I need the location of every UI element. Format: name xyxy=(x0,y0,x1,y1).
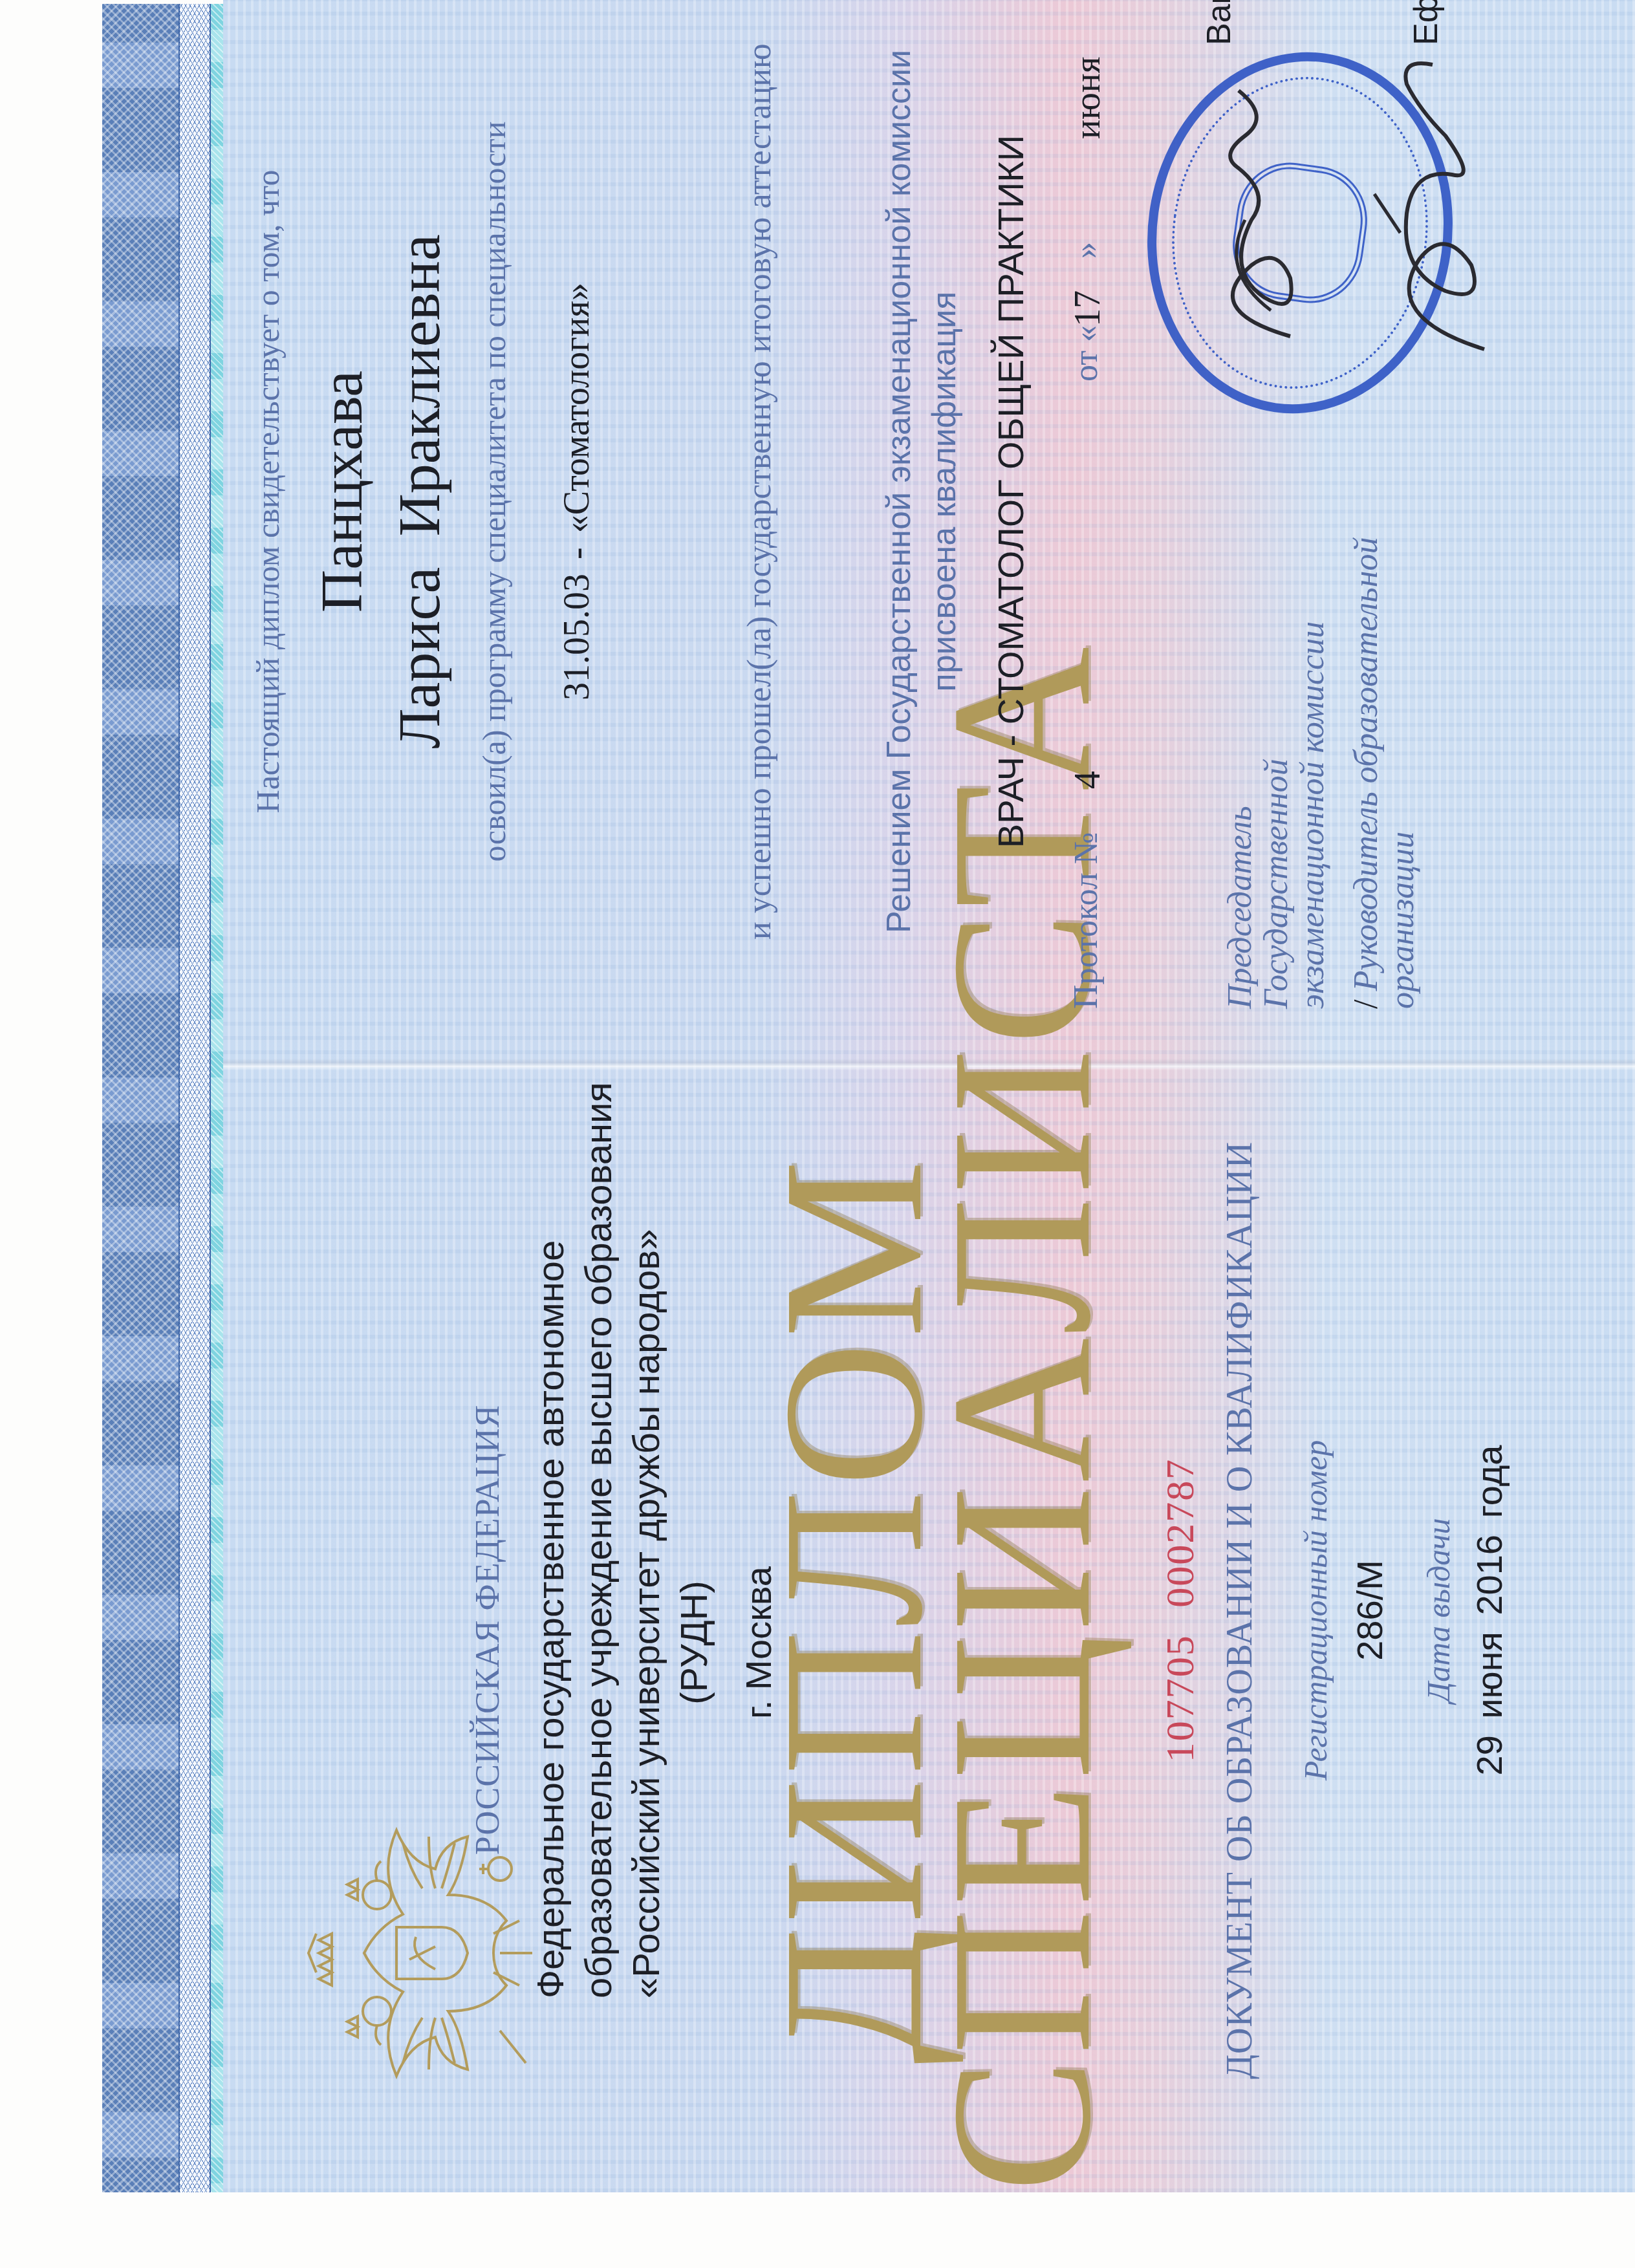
chair-title: Председатель Государственной экзаменацио… xyxy=(1222,621,1331,1009)
qualification-assigned-label: присвоена квалификация xyxy=(925,0,964,1061)
head-name: Ефремов А.П. xyxy=(1407,0,1446,45)
serial-digits: 0002787 xyxy=(1158,1458,1202,1608)
commission-decision: Решением Государственной экзаменационной… xyxy=(880,0,918,1061)
russian-coat-of-arms-icon xyxy=(306,1824,539,2082)
program-statement: освоил(а) программу специалитета по спец… xyxy=(475,0,513,1061)
serial-prefix: 107705 xyxy=(1158,1634,1202,1762)
content-page: Настоящий диплом свидетельствует о том, … xyxy=(223,0,1635,1061)
head-signature-icon xyxy=(1361,52,1504,362)
chair-name: Вагнер В.Д. xyxy=(1200,0,1239,45)
qualification: ВРАЧ - СТОМАТОЛОГ ОБЩЕЙ ПРАКТИКИ xyxy=(990,0,1032,1061)
border-band-dark xyxy=(102,4,179,2192)
chair-signature-icon xyxy=(1193,78,1323,349)
issue-date-label: Дата выдачи xyxy=(1420,1319,1457,1901)
chair-title-line: Председатель xyxy=(1222,621,1259,1009)
guilloche-border xyxy=(102,4,225,2192)
organization-abbreviation: (РУДН) xyxy=(671,1287,719,1998)
registration-label: Регистрационный номер xyxy=(1297,1319,1334,1901)
border-band-lines xyxy=(179,4,211,2192)
registration-value: 286/М xyxy=(1348,1319,1391,1901)
specialty: 31.05.03 - «Стоматология» xyxy=(556,0,598,1061)
head-title-line: / Руководитель образовательной xyxy=(1348,537,1385,1009)
serial-number: 107705 0002787 xyxy=(1158,1287,1204,1934)
attestation-statement: и успешно прошел(ла) государственную ито… xyxy=(741,0,779,1061)
chair-title-line: экзаменационной комиссии xyxy=(1295,621,1331,1009)
diploma-spread: РОССИЙСКАЯ ФЕДЕРАЦИЯ Федеральное государ… xyxy=(223,0,1635,2192)
protocol-month: июня xyxy=(1067,56,1109,139)
title-page: РОССИЙСКАЯ ФЕДЕРАЦИЯ Федеральное государ… xyxy=(223,1067,1635,2192)
head-title-line: организации xyxy=(1385,537,1421,1009)
protocol-label: Протокол № xyxy=(1067,832,1105,1009)
country-name: РОССИЙСКАЯ ФЕДЕРАЦИЯ xyxy=(469,1403,507,1856)
diploma-title-line2: СПЕЦИАЛИСТА xyxy=(922,1067,1122,2192)
intro-text: Настоящий диплом свидетельствует о том, … xyxy=(249,0,287,1061)
issue-date-value: 29 июня 2016 года xyxy=(1468,1287,1510,1934)
organization-name: Федеральное государственное автономное о… xyxy=(527,1287,719,1998)
graduate-given-names: Лариса Ираклиевна xyxy=(385,0,453,1061)
chair-title-line: Государственной xyxy=(1259,621,1295,1009)
organization-line: Федеральное государственное автономное xyxy=(527,1287,575,1998)
graduate-surname: Панцхава xyxy=(307,0,376,1061)
head-title: / Руководитель образовательной организац… xyxy=(1348,537,1421,1009)
protocol-day: 17 xyxy=(1067,290,1109,327)
protocol-quote-close: » xyxy=(1067,242,1105,259)
organization-line: «Российский университет дружбы народов» xyxy=(623,1287,671,1998)
document-type: ДОКУМЕНТ ОБ ОБРАЗОВАНИИ И О КВАЛИФИКАЦИИ xyxy=(1219,1125,1261,2095)
protocol-number: 4 xyxy=(1067,771,1109,789)
protocol-from-label: от « xyxy=(1067,325,1105,382)
organization-line: образовательное учреждение высшего образ… xyxy=(575,1287,623,1998)
